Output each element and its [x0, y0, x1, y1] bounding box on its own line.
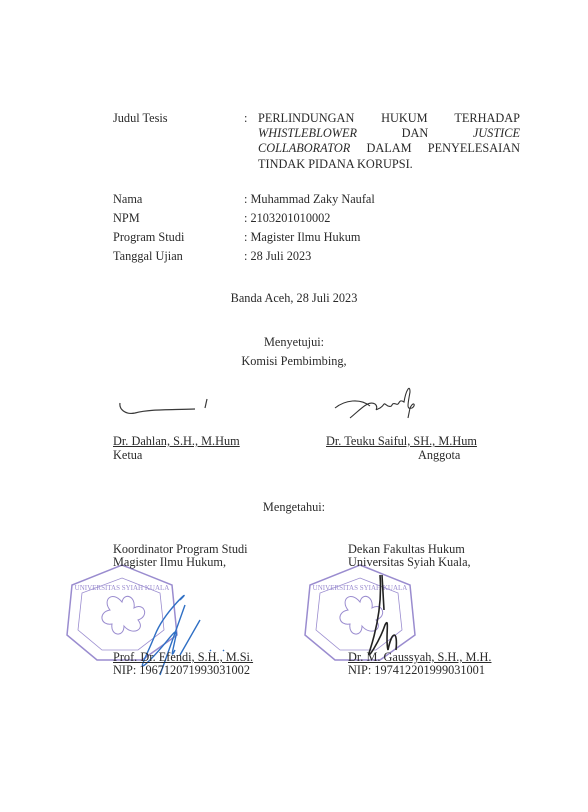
coordinator-nip: NIP: 196712071993031002: [113, 663, 250, 678]
field-value-npm: : 2103201010002: [244, 211, 330, 226]
field-label-nama: Nama: [113, 192, 142, 207]
thesis-title-label: Judul Tesis: [113, 111, 168, 126]
title-line-1: PERLINDUNGAN HUKUM TERHADAP: [258, 111, 520, 126]
field-label-tanggal: Tanggal Ujian: [113, 249, 183, 264]
supervisor-left-role: Ketua: [113, 448, 142, 463]
approval-heading: Menyetujui:: [0, 335, 588, 350]
supervisor-right-name: Dr. Teuku Saiful, SH., M.Hum: [326, 434, 477, 449]
supervisor-left-name: Dr. Dahlan, S.H., M.Hum: [113, 434, 240, 449]
thesis-title-colon: :: [244, 111, 247, 126]
acknowledgement-heading: Mengetahui:: [0, 500, 588, 515]
coordinator-title-line2: Magister Ilmu Hukum,: [113, 555, 226, 570]
supervisor-right-role: Anggota: [418, 448, 460, 463]
approval-page: Judul Tesis : PERLINDUNGAN HUKUM TERHADA…: [0, 0, 588, 812]
field-value-nama: : Muhammad Zaky Naufal: [244, 192, 375, 207]
dean-nip: NIP: 197412201999031001: [348, 663, 485, 678]
thesis-title: PERLINDUNGAN HUKUM TERHADAP WHISTLEBLOWE…: [258, 111, 520, 172]
title-line-3: COLLABORATOR DALAM PENYELESAIAN: [258, 141, 520, 156]
field-label-program: Program Studi: [113, 230, 184, 245]
signature-dahlan: [115, 395, 215, 420]
signature-teuku-saiful: [330, 380, 430, 430]
title-line-2: WHISTLEBLOWER DAN JUSTICE: [258, 126, 520, 141]
title-line-4: TINDAK PIDANA KORUPSI.: [258, 157, 520, 172]
dean-title-line2: Universitas Syiah Kuala,: [348, 555, 471, 570]
field-value-tanggal: : 28 Juli 2023: [244, 249, 311, 264]
field-value-program: : Magister Ilmu Hukum: [244, 230, 360, 245]
field-label-npm: NPM: [113, 211, 140, 226]
committee-label: Komisi Pembimbing,: [0, 354, 588, 369]
place-date: Banda Aceh, 28 Juli 2023: [0, 291, 588, 306]
